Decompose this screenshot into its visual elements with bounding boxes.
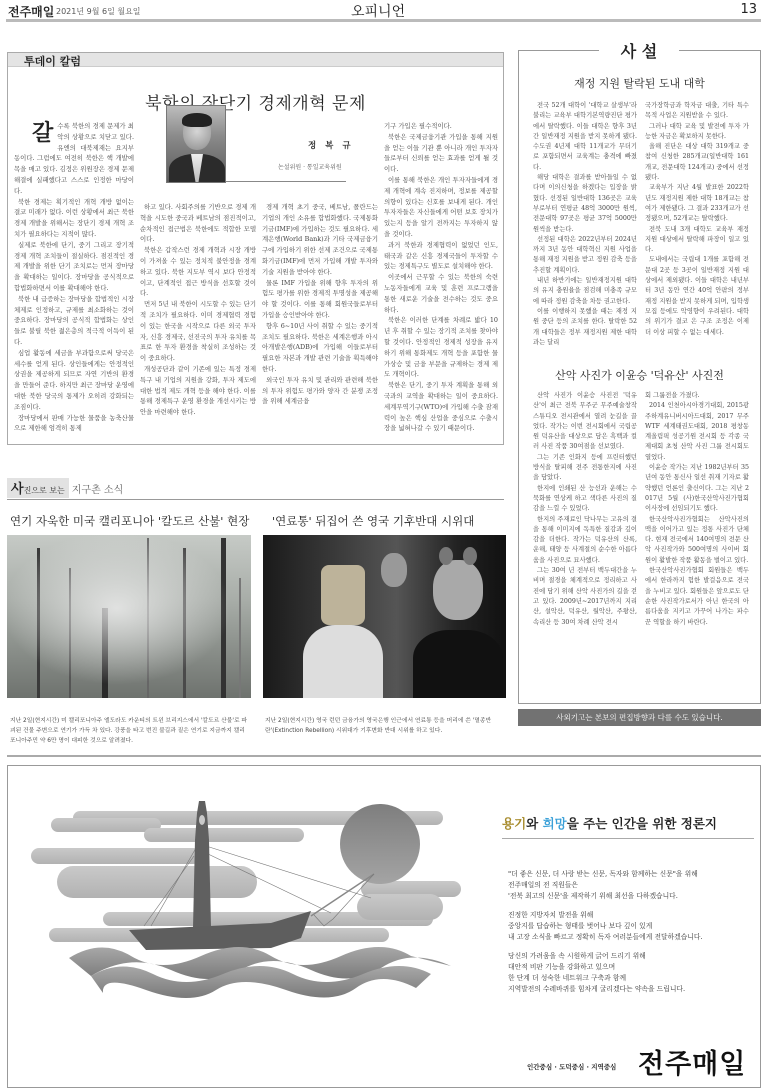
today-column: 투데이 칼럼 북한의 장단기 경제개혁 문제 정 복 규 논설위원 · 통일교육… [7, 52, 504, 445]
column-text-col-4: 기구 가입은 필수적이다. 북한은 국제금융기관 가입을 통해 지원을 얻는 이… [384, 121, 498, 434]
pen-nib-ship-illustration-icon [11, 798, 501, 1048]
climate-protest-photo-icon[interactable] [263, 535, 506, 698]
photo-news-2-title: '연료통' 뒤집어 쓴 영국 기후반대 시위대 [272, 513, 474, 529]
ad-slogan: 용기와 희망을 주는 인간을 위한 정론지 [502, 814, 717, 832]
opinion-disclaimer: 사외기고는 본보의 편집방향과 다를 수도 있습니다. [518, 709, 761, 726]
slogan-divider [502, 838, 754, 839]
issue-date: 2021년 9월 6일 월요일 [56, 6, 141, 17]
editorial-1-col-left: 전국 52개 대학이 '대학교 살생부'라 불리는 교육부 대학기본역량진단 평… [533, 101, 637, 348]
ad-motto: 인간중심 · 도덕중심 · 지역중심 [527, 1062, 616, 1071]
ad-brand-logo: 전주매일 [638, 1042, 746, 1081]
editorial-box: 사 설 재정 지원 탈락된 도내 대학 전국 52개 대학이 '대학교 살생부'… [518, 50, 761, 704]
newspaper-promo-ad: 용기와 희망을 주는 인간을 위한 정론지 "더 좋은 신문, 더 사랑 받는 … [7, 765, 761, 1088]
editorial-1-title: 재정 지원 탈락된 도내 대학 [519, 75, 760, 91]
section-title: 오피니언 [351, 1, 405, 21]
author-name: 정 복 규 [308, 139, 354, 151]
editorial-2-col-right: 회 그룹전을 가졌다. 2014 인천아시아경기대회, 2015광주하계유니버시… [645, 391, 749, 628]
page-number: 13 [740, 2, 757, 17]
section-divider [7, 755, 761, 757]
wildfire-smoke-forest-photo-icon[interactable] [7, 535, 251, 698]
author-divider [226, 181, 346, 182]
column-text-col-3: 경제 개혁 초기 중국, 베트남, 폴란드는 기업의 개인 소유를 합법화했다.… [262, 202, 378, 407]
ad-body-text: "더 좋은 신문, 더 사랑 받는 신문, 독자와 함께하는 신문"을 위해 전… [508, 869, 758, 1003]
column-text-col-1: 갈수록 북한의 경제 문제가 최악의 상황으로 치닫고 있다. 유엔의 대북제재… [14, 121, 134, 434]
newspaper-logo: 전주매일 [8, 3, 54, 20]
photo-news-1-title: 연기 자욱한 미국 캘리포니아 '칼도르 산불' 현장 [10, 513, 249, 529]
page-masthead: 전주매일 2021년 9월 6일 월요일 오피니언 13 [6, 0, 761, 22]
photo-news-2-caption: 지난 2일(현지시간) 영국 런던 금융가의 영국은행 인근에서 연료통 등을 … [265, 716, 509, 736]
column-label: 투데이 칼럼 [24, 53, 81, 69]
photo-news-header: 사진으로 보는 지구촌 소식 [7, 478, 504, 500]
editorial-2-col-left: 산악 사진가 이윤승 사진전 '덕유산'이 최근 전북 무주군 무주예술창작스튜… [533, 391, 637, 628]
photo-news-tag: 사진으로 보는 [7, 478, 69, 498]
photo-news-1-caption: 지난 2일(현지시간) 미 캘리포니아주 엘도라도 카운티의 트윈 브리지스에서… [10, 716, 250, 746]
column-title: 북한의 장단기 경제개혁 문제 [8, 89, 503, 114]
editorial-1-col-right: 국가장학금과 학자금 대출, 기타 특수목적 사업은 지원받을 수 있다. 그러… [645, 101, 749, 338]
author-portrait-icon [166, 105, 226, 183]
dropcap: 갈 [32, 123, 53, 143]
editorial-2-title: 산악 사진가 이윤승 '덕유산' 사진전 [519, 367, 760, 383]
editorial-heading: 사 설 [599, 39, 679, 62]
author-role: 논설위원 · 통일교육위원 [278, 162, 342, 171]
column-text-col-2: 하고 있다. 사회주의를 기반으로 경제 개혁을 시도한 중국과 베트남의 점진… [140, 202, 256, 418]
photo-news-subtitle: 지구촌 소식 [72, 485, 123, 496]
column-label-bar: 투데이 칼럼 [8, 53, 503, 67]
